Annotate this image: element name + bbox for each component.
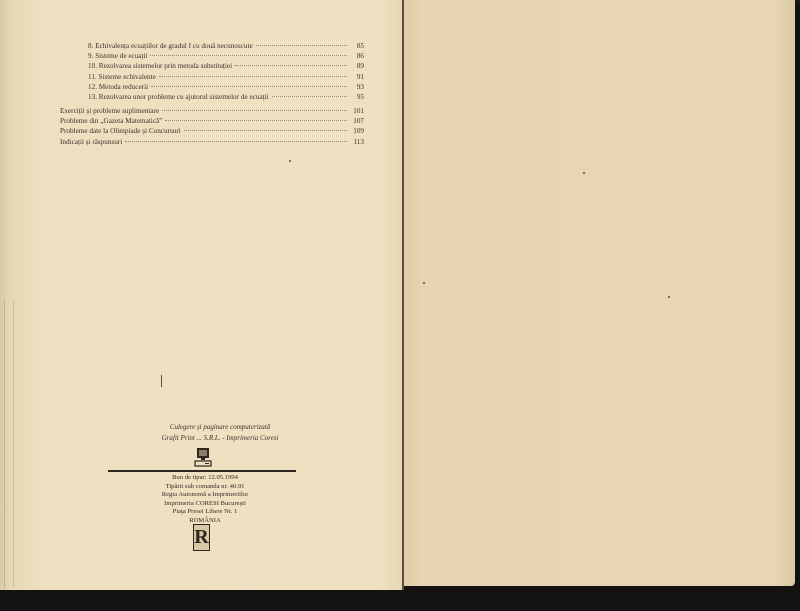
paper-speck [668, 296, 670, 298]
toc-entry: 9. Sisteme de ecuații86 [88, 51, 364, 61]
toc-entry: 8. Echivalența ecuațiilor de gradul I cu… [88, 41, 364, 51]
imprint-line: Imprimeria CORESI București [130, 500, 280, 509]
imprint-block: Bun de tipar: 12.05.1994 Tipărit sub com… [130, 474, 280, 526]
computer-icon [193, 447, 213, 469]
colophon-divider [108, 470, 296, 472]
right-page-blank [404, 0, 795, 586]
imprint-line: Piața Presei Libere Nr. 1 [130, 508, 280, 517]
paper-speck [583, 172, 585, 174]
paper-speck [423, 282, 425, 284]
toc-entry: Exerciții și probleme suplimentare101 [60, 106, 364, 116]
ink-mark [161, 375, 162, 387]
toc-entry: 10. Rezolvarea sistemelor prin metoda su… [88, 61, 364, 71]
imprint-line: Regia Autonomă a Imprimeriilor [130, 491, 280, 500]
colophon-printer: Grafit Print ... S.R.L. - Imprimeria Cor… [120, 434, 320, 442]
toc-entry: 11. Sisteme echivalente91 [88, 72, 364, 82]
imprint-line: Tipărit sub comanda nr. 40.91 [130, 483, 280, 492]
toc-entry: 13. Rezolvarea unor probleme cu ajutorul… [88, 92, 364, 102]
book-spine [402, 0, 404, 590]
imprint-line: Bun de tipar: 12.05.1994 [130, 474, 280, 483]
paper-speck [289, 160, 291, 162]
toc-entry: Probleme date la Olimpiade și Concursuri… [60, 126, 364, 136]
toc-section-chapters: 8. Echivalența ecuațiilor de gradul I cu… [88, 41, 364, 102]
colophon-typesetting: Culegere și paginare computerizată [120, 423, 320, 431]
publisher-logo: R [193, 524, 210, 551]
toc-section-appendix: Exerciții și probleme suplimentare101 Pr… [60, 106, 364, 147]
toc-entry: 12. Metoda reducerii93 [88, 82, 364, 92]
toc-entry: Probleme din „Gazeta Matematică”107 [60, 116, 364, 126]
toc-entry: Indicații și răspunsuri113 [60, 137, 364, 147]
page-edge-stack [4, 300, 14, 588]
